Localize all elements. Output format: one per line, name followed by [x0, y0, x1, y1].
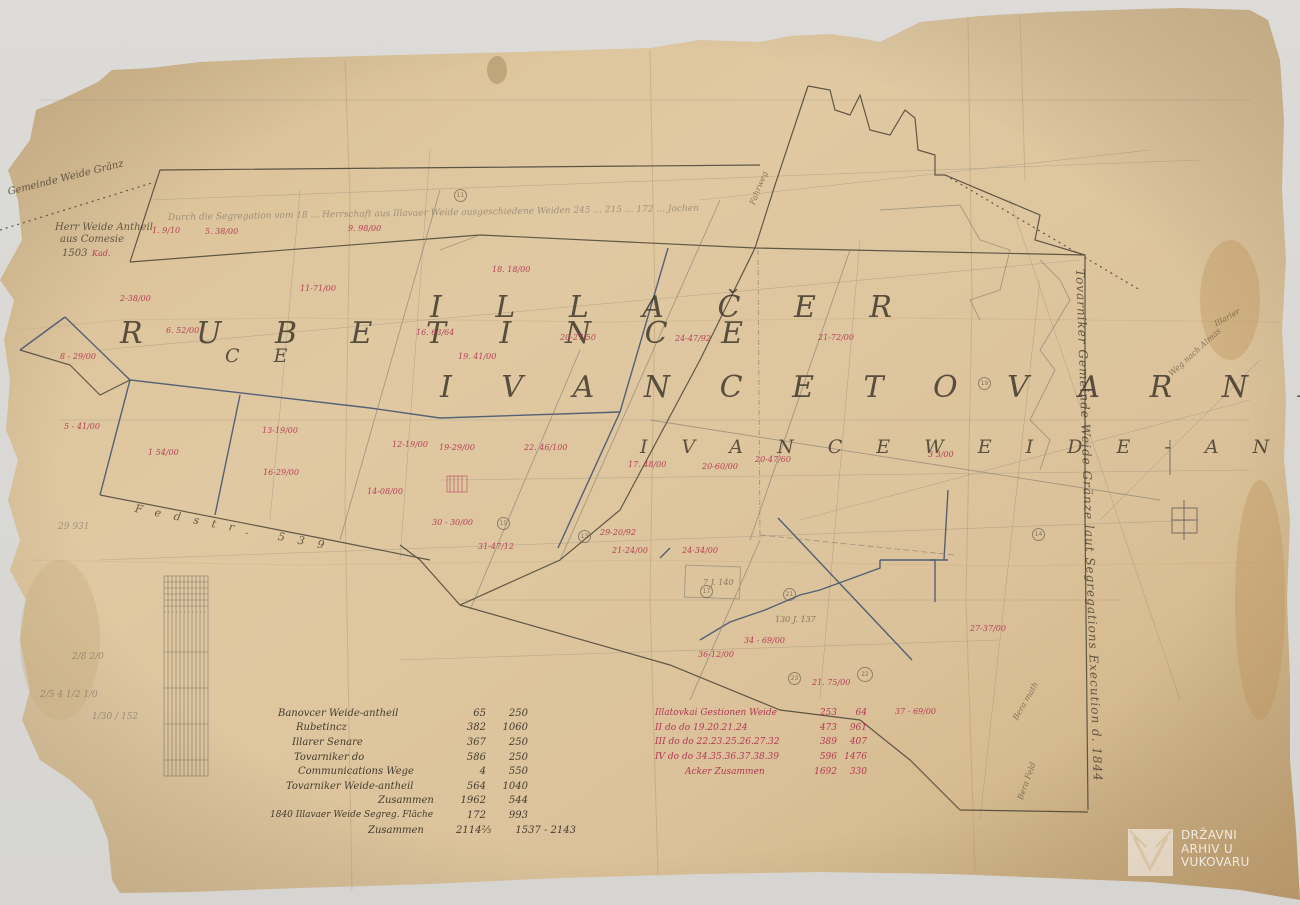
parcel-marker: 15: [497, 517, 510, 530]
parcel-marker: 13: [578, 530, 591, 543]
arable-row: Illatovkai Gestionen Weide25364: [655, 706, 867, 721]
parcel-number: 2-38/00: [120, 294, 151, 303]
label-left-share-red: Kad.: [92, 249, 110, 258]
parcel-number: 20-60/00: [702, 462, 738, 471]
parcel-marker: 17: [700, 585, 713, 598]
parcel-number: 27-37/00: [970, 624, 1006, 633]
margin-note: 2/8 2/0: [72, 652, 104, 662]
margin-note: 1/30 / 152: [92, 712, 138, 722]
parcel-number: 19-29/00: [439, 443, 475, 452]
parcel-number: 24-47/92: [675, 334, 711, 343]
parcel-number: 37 - 69/00: [895, 707, 936, 716]
parcel-number: 8 - 29/00: [60, 352, 96, 361]
arable-row: II do do 19.20.21.24473961: [655, 721, 867, 736]
area-row: Illarer Senare367250: [278, 735, 576, 750]
parcel-number: 16. 63/64: [416, 328, 454, 337]
area-row: 1840 Illavaer Weide Segreg. Fläche172993: [270, 808, 576, 823]
parcel-number: 21-72/00: [818, 333, 854, 342]
area-row: Tovarniker Weide-antheil5641040: [278, 779, 576, 794]
parcel-number: 3 3/00: [928, 450, 954, 459]
archive-v-logo-icon: [1128, 829, 1173, 876]
parcel-marker: 14: [1032, 528, 1045, 541]
parcel-number: 31-47/12: [478, 542, 514, 551]
label-aus-comesie: aus Comesie: [60, 234, 124, 245]
parcel-number: 11-71/00: [300, 284, 336, 293]
label-left-share-value: 1503: [62, 248, 87, 259]
arable-total-row: Acker Zusammen1692330: [655, 764, 867, 779]
parcel-number: 16-29/00: [263, 468, 299, 477]
margin-note: 2/5 4 1/2 1/0: [40, 690, 98, 700]
parcel-number: 19. 41/00: [458, 352, 496, 361]
parcel-marker: 11: [454, 189, 467, 202]
parcel-number: 22. 46/100: [524, 443, 567, 452]
parcel-number: 130 J. 137: [775, 615, 816, 624]
region-title-illacer: I L L A Č E R: [430, 290, 914, 325]
region-title-rubetince-ce: C E: [225, 345, 301, 367]
region-title-ivance-weide: I V A N C E W E I D E - A N T H E I L: [640, 436, 1300, 458]
parcel-number: 18. 18/00: [492, 265, 530, 274]
archive-name: DRŽAVNI ARHIV U VUKOVARU: [1181, 829, 1250, 870]
parcel-number: 17. 48/00: [628, 460, 666, 469]
parcel-marker: 23: [788, 672, 801, 685]
arable-summary-table: Illatovkai Gestionen Weide25364 II do do…: [655, 706, 867, 779]
parcel-number: 9. 98/00: [348, 224, 381, 233]
parcel-number: 1. 9/10: [152, 226, 180, 235]
area-row: Communications Wege4550: [278, 764, 576, 779]
area-total-row: Zusammen1962544: [278, 794, 576, 809]
map-canvas[interactable]: R U B E T I N C E C E I L L A Č E R I V …: [0, 0, 1300, 905]
parcel-number: 21. 75/00: [812, 678, 850, 687]
label-herr-weide-antheil: Herr Weide Antheil: [55, 222, 153, 233]
parcel-number: 5. 38/00: [205, 227, 238, 236]
area-row: Rubetincz3821060: [278, 721, 576, 736]
parcel-marker: 19: [978, 377, 991, 390]
area-summary-table: Banovcer Weide-antheil65250 Rubetincz382…: [278, 706, 576, 837]
arable-row: III do do 22.23.25.26.27.32389407: [655, 735, 867, 750]
parcel-number: 21-24/00: [612, 546, 648, 555]
parcel-number: 20-27/50: [560, 333, 596, 342]
parcel-number: 1 54/00: [148, 448, 179, 457]
parcel-number: 24-34/00: [682, 546, 718, 555]
parcel-number: 20-47/60: [755, 455, 791, 464]
parcel-marker: 21: [783, 588, 796, 601]
parcel-marker: 22: [857, 667, 873, 682]
archive-watermark: DRŽAVNI ARHIV U VUKOVARU: [1128, 829, 1250, 876]
scale-bar-icon: [162, 574, 210, 779]
parcel-number: 30 - 30/00: [432, 518, 473, 527]
parcel-number: 14-08/00: [367, 487, 403, 496]
margin-note: 29 931: [58, 522, 90, 532]
area-row: Tovarniker do586250: [278, 750, 576, 765]
parcel-number: 5 - 41/00: [64, 422, 100, 431]
parcel-number: 29-20/92: [600, 528, 636, 537]
area-grand-total-row: Zusammen2114⅔1537 - 2143: [278, 823, 576, 838]
parcel-number: 13-19/00: [262, 426, 298, 435]
parcel-number: 36-12/00: [698, 650, 734, 659]
parcel-number: 12-19/00: [392, 440, 428, 449]
parcel-number: 6. 52/00: [166, 326, 199, 335]
parcel-number: 34 - 69/00: [744, 636, 785, 645]
arable-row: IV do do 34.35.36.37.38.395961476: [655, 750, 867, 765]
area-row: Banovcer Weide-antheil65250: [278, 706, 576, 721]
